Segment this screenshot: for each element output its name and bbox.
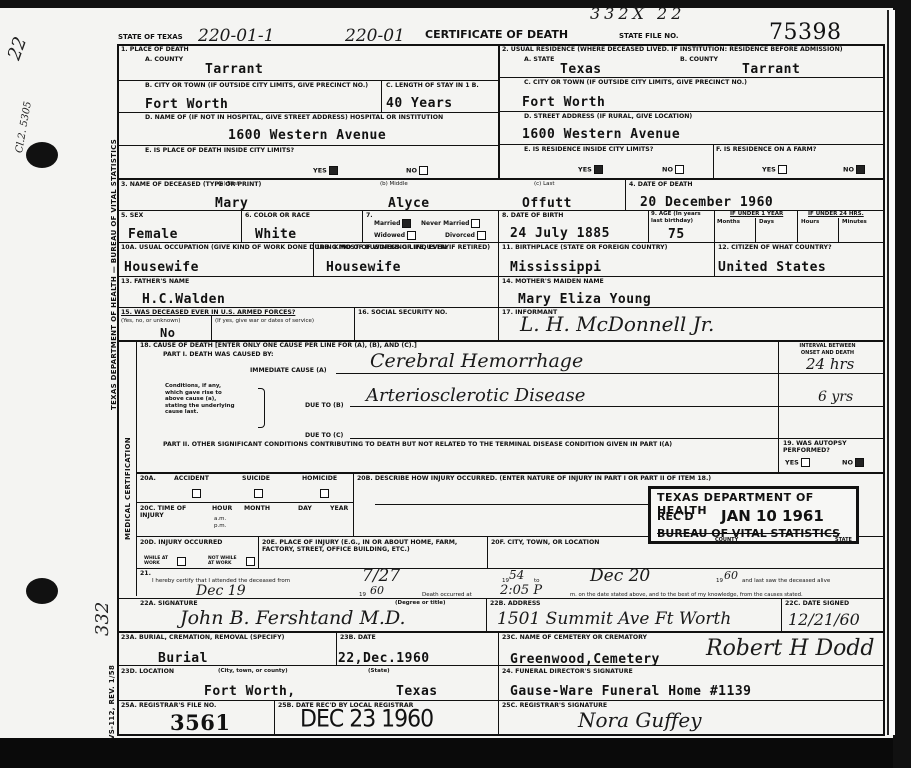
- rule: [136, 502, 353, 503]
- marital-label: 7.: [366, 212, 373, 219]
- autopsy-yes[interactable]: YES: [785, 458, 810, 467]
- no-label: NO: [662, 166, 673, 174]
- business-value: Housewife: [326, 260, 401, 275]
- part1-label: PART I. DEATH WAS CAUSED BY:: [163, 351, 274, 358]
- burial-value: Burial: [158, 651, 208, 666]
- rule: [498, 276, 499, 340]
- first-name-value: Mary: [215, 196, 248, 211]
- handwritten-code-2: 220-01: [345, 26, 405, 46]
- top-handwritten-code: 332X 22: [590, 4, 685, 23]
- checkbox-empty[interactable]: [477, 231, 486, 240]
- last-seen-year: 60: [370, 584, 384, 597]
- residence-state-value: Texas: [560, 62, 602, 77]
- rule: [778, 406, 884, 407]
- age-value: 75: [668, 227, 685, 242]
- divorced-label: Divorced: [445, 232, 475, 239]
- race-label: 6. COLOR OR RACE: [245, 212, 310, 219]
- rule: [499, 111, 884, 112]
- residence-city-value: Fort Worth: [522, 95, 605, 110]
- registrar-date-value: DEC 23 1960: [300, 706, 433, 734]
- residence-label: 2. USUAL RESIDENCE (Where deceased lived…: [502, 46, 843, 53]
- due-to-c-label: DUE TO (c): [305, 432, 343, 439]
- hospital-value: 1600 Western Avenue: [228, 128, 386, 143]
- while-at-work-label: WHILE AT WORK: [144, 556, 174, 566]
- last-name-value: Offutt: [522, 196, 572, 211]
- margin-note-top: 22: [4, 34, 32, 63]
- date-of-birth-value: 24 July 1885: [510, 226, 610, 241]
- never-married-label: Never Married: [421, 220, 469, 227]
- rule: [648, 210, 649, 242]
- residence-state-label: a. STATE: [524, 56, 554, 63]
- residence-inside-city-no[interactable]: NO: [662, 165, 684, 174]
- mother-name-value: Mary Eliza Young: [518, 292, 651, 307]
- hours-label: Hours: [801, 219, 819, 226]
- marital-widowed[interactable]: Widowed: [374, 231, 416, 240]
- rule: [498, 210, 499, 242]
- residence-inside-city-yes[interactable]: YES: [578, 165, 603, 174]
- rule: [350, 406, 778, 407]
- burial-date-label: 23b. DATE: [340, 634, 376, 641]
- death-inside-city-no[interactable]: NO: [406, 166, 428, 175]
- rule: [211, 316, 212, 340]
- cert-text-2: and last saw the deceased alive: [742, 578, 830, 585]
- checkbox-empty[interactable]: [675, 165, 684, 174]
- yes-label: YES: [578, 166, 592, 174]
- degree-label: (Degree or title): [395, 600, 446, 607]
- father-name-label: 13. FATHER'S NAME: [121, 278, 189, 285]
- armed-forces-sub1: (Yes, no, or unknown): [121, 318, 180, 325]
- sex-value: Female: [128, 227, 178, 242]
- received-stamp: TEXAS DEPARTMENT OF HEALTH REC'D JAN 10 …: [648, 486, 859, 544]
- last-name-label: (c) Last: [534, 181, 555, 188]
- cemetery-label: 23c. NAME OF CEMETERY OR CREMATORY: [502, 634, 647, 641]
- deceased-name-label: 3. NAME OF DECEASED (Type or print): [121, 181, 261, 188]
- margin-note-bottom: 332: [92, 602, 113, 636]
- suicide-checkbox[interactable]: [254, 489, 263, 498]
- length-of-stay-label: c. LENGTH OF STAY in 1 b.: [386, 82, 479, 89]
- place-of-death-label: 1. PLACE OF DEATH: [121, 46, 189, 53]
- citizen-label: 12. CITIZEN OF WHAT COUNTRY?: [718, 244, 832, 251]
- checkbox-empty[interactable]: [419, 166, 428, 175]
- rule: [375, 504, 650, 505]
- birthplace-label: 11. BIRTHPLACE (State or foreign country…: [502, 244, 667, 251]
- due-to-b-label: DUE TO (b): [305, 402, 344, 409]
- death-county-value: Tarrant: [205, 62, 263, 77]
- rule: [258, 536, 259, 568]
- death-city-label: b. CITY OR TOWN (If outside city limits,…: [145, 82, 368, 89]
- rule: [778, 340, 779, 474]
- physician-address: 1501 Summit Ave Ft Worth: [497, 609, 731, 629]
- rule: [336, 631, 337, 665]
- sex-label: 5. SEX: [121, 212, 143, 219]
- not-while-at-work-checkbox[interactable]: [246, 557, 255, 566]
- business-label: 10b. KIND OF BUSINESS OR INDUSTRY: [316, 244, 449, 251]
- rule: [118, 631, 884, 633]
- accident-checkbox[interactable]: [192, 489, 201, 498]
- last-seen-date: Dec 19: [196, 583, 246, 599]
- residence-street-value: 1600 Western Avenue: [522, 127, 680, 142]
- rule: [838, 218, 839, 242]
- form-number: VS-112, REV. 1/58: [108, 665, 116, 740]
- homicide-checkbox[interactable]: [320, 489, 329, 498]
- date-signed-value: 12/21/60: [788, 610, 860, 629]
- months-label: Months: [717, 219, 740, 226]
- middle-name-value: Alyce: [388, 196, 430, 211]
- residence-city-label: c. CITY OR TOWN (If outside city limits,…: [524, 79, 747, 86]
- rule: [118, 178, 884, 180]
- checkbox-empty[interactable]: [801, 458, 810, 467]
- rule: [362, 210, 363, 242]
- autopsy-label: 19. WAS AUTOPSY PERFORMED?: [783, 440, 873, 454]
- residence-farm-no[interactable]: NO: [843, 165, 865, 174]
- no-label: NO: [843, 166, 854, 174]
- registrar-file-label: 25a. REGISTRAR'S FILE NO.: [121, 702, 216, 709]
- funeral-director-signature: Robert H Dodd: [706, 636, 875, 661]
- state-file-label: STATE FILE NO.: [619, 33, 679, 40]
- rule: [136, 472, 884, 474]
- rule: [136, 340, 137, 596]
- marital-married[interactable]: Married: [374, 219, 411, 228]
- injury-city-label: 20f. CITY, TOWN, OR LOCATION: [491, 539, 599, 546]
- funeral-director-label: 24. FUNERAL DIRECTOR'S SIGNATURE: [502, 668, 633, 675]
- residence-county-label: b. COUNTY: [680, 56, 718, 63]
- immediate-cause-label: IMMEDIATE CAUSE (a): [250, 367, 327, 374]
- pm-label: p.m.: [214, 523, 226, 530]
- place-of-injury-label: 20e. PLACE OF INJURY (e.g., in or about …: [262, 539, 482, 553]
- length-of-stay-value: 40 Years: [386, 96, 453, 111]
- residence-county-value: Tarrant: [742, 62, 800, 77]
- residence-farm-yes[interactable]: YES: [762, 165, 787, 174]
- middle-name-label: (b) Middle: [380, 181, 408, 188]
- divider-place-residence: [498, 44, 500, 180]
- informant-signature: L. H. McDonnell Jr.: [520, 312, 714, 336]
- attended-to-year: 60: [724, 569, 738, 582]
- widowed-label: Widowed: [374, 232, 405, 239]
- interval-a-value: 24 hrs: [806, 355, 854, 373]
- scan-right-border: [893, 0, 911, 768]
- date-of-death-value: 20 December 1960: [640, 195, 773, 210]
- rule: [499, 144, 884, 145]
- rule: [353, 472, 354, 536]
- death-inside-city-yes[interactable]: YES: [313, 166, 338, 175]
- rule: [118, 276, 884, 277]
- burial-date-value: 22,Dec.1960: [338, 651, 430, 666]
- minutes-label: Minutes: [842, 219, 867, 226]
- death-city-value: Fort Worth: [145, 97, 228, 112]
- time-of-injury-label: 20c. TIME OF INJURY: [140, 505, 190, 519]
- rule: [755, 218, 756, 242]
- rule: [781, 598, 782, 631]
- rule: [625, 178, 626, 210]
- state-file-number: 75398: [769, 20, 842, 45]
- address-label: 22b. ADDRESS: [490, 600, 541, 607]
- registrar-file-value: 3561: [170, 710, 230, 735]
- rule: [118, 598, 884, 599]
- residence-inside-city-label: e. IS RESIDENCE INSIDE CITY LIMITS?: [524, 146, 653, 153]
- document-title: CERTIFICATE OF DEATH: [425, 29, 568, 41]
- married-label: Married: [374, 220, 400, 227]
- no-label: NO: [406, 167, 417, 175]
- under-one-year-label: IF UNDER 1 YEAR: [730, 211, 783, 218]
- month-label: Month: [244, 505, 270, 512]
- conditions-label: Conditions, if any, which gave rise to a…: [165, 383, 240, 416]
- burial-location-label: 23d. LOCATION: [121, 668, 174, 675]
- rule: [350, 438, 884, 439]
- not-while-at-work-label: NOT WHILE AT WORK: [208, 556, 240, 566]
- residence-farm-label: f. IS RESIDENCE ON A FARM?: [716, 146, 816, 153]
- rule: [118, 112, 498, 113]
- rule: [118, 307, 884, 308]
- rule: [118, 242, 884, 243]
- rule: [354, 307, 355, 340]
- rule: [714, 242, 715, 276]
- rule: [118, 665, 884, 666]
- stamp-line-3: BUREAU OF VITAL STATISTICS: [657, 527, 840, 540]
- rule: [118, 700, 884, 701]
- armed-forces-value: No: [160, 326, 175, 340]
- death-time-value: 2:05 P: [500, 583, 542, 598]
- no-label: NO: [842, 459, 853, 467]
- hour-label: Hour: [212, 505, 232, 512]
- yes-label: YES: [313, 167, 327, 175]
- residence-street-label: d. STREET ADDRESS (If rural, give locati…: [524, 113, 692, 120]
- attended-from-year: 54: [509, 568, 524, 582]
- accident-label: ACCIDENT: [174, 475, 209, 482]
- am-label: a.m.: [214, 516, 226, 523]
- stamp-state-label: STATE: [835, 537, 852, 543]
- punch-hole-bottom: [26, 578, 58, 604]
- year2-prefix: 19: [716, 578, 723, 585]
- location-city-sublabel: (City, town, or county): [218, 668, 288, 675]
- armed-forces-sub2: (If yes, give war or dates of service): [215, 318, 314, 325]
- scan-bottom-border: [0, 738, 911, 768]
- punch-hole-top: [26, 142, 58, 168]
- stamp-received-label: REC'D: [657, 510, 694, 523]
- hospital-label: d. NAME OF (If not in hospital, give str…: [145, 114, 443, 121]
- armed-forces-label: 15. WAS DECEASED EVER IN U.S. ARMED FORC…: [121, 309, 295, 316]
- location-state-sublabel: (State): [368, 668, 390, 675]
- day-label: Day: [298, 505, 312, 512]
- state-label: STATE OF TEXAS: [118, 34, 183, 41]
- death-county-label: a. COUNTY: [145, 56, 183, 63]
- funeral-home-value: Gause-Ware Funeral Home #1139: [510, 684, 751, 699]
- rule: [713, 144, 714, 180]
- location-state-value: Texas: [396, 684, 438, 699]
- death-inside-city-label: e. IS PLACE OF DEATH INSIDE CITY LIMITS?: [145, 147, 294, 154]
- physician-signature: John B. Fershtand M.D.: [180, 607, 406, 629]
- burial-label: 23a. BURIAL, CREMATION, REMOVAL (Specify…: [121, 634, 284, 641]
- date-signed-label: 22c. DATE SIGNED: [785, 600, 849, 607]
- checkbox-empty[interactable]: [778, 165, 787, 174]
- rule: [118, 145, 498, 146]
- scan-top-border: [0, 0, 911, 8]
- handwritten-code-1: 220-01-1: [198, 26, 274, 46]
- checkbox-checked[interactable]: [402, 219, 411, 228]
- rule: [486, 598, 487, 631]
- year-label: Year: [330, 505, 348, 512]
- rule: [118, 80, 498, 81]
- attended-to-date: Dec 20: [590, 566, 650, 586]
- suicide-label: SUICIDE: [242, 475, 270, 482]
- location-city-value: Fort Worth,: [204, 684, 296, 699]
- while-at-work-checkbox[interactable]: [177, 557, 186, 566]
- due-to-b-value: Arteriosclerotic Disease: [366, 385, 585, 406]
- birthplace-value: Mississippi: [510, 260, 602, 275]
- first-name-label: (a) First: [218, 181, 239, 188]
- yes-label: YES: [785, 459, 799, 467]
- homicide-label: HOMICIDE: [302, 475, 337, 482]
- rule: [797, 210, 798, 242]
- part2-label: PART II. OTHER SIGNIFICANT CONDITIONS CO…: [163, 441, 672, 448]
- rule: [313, 242, 314, 276]
- checkbox-checked[interactable]: [594, 165, 603, 174]
- cause-of-death-label: 18. CAUSE OF DEATH [Enter only one cause…: [140, 342, 417, 349]
- mother-name-label: 14. MOTHER'S MAIDEN NAME: [502, 278, 604, 285]
- age-label: 9. AGE (In years last birthday): [651, 211, 711, 224]
- occupation-value: Housewife: [124, 260, 199, 275]
- rule: [714, 210, 715, 242]
- checkbox-checked[interactable]: [855, 458, 864, 467]
- marital-never-married[interactable]: Never Married: [421, 219, 480, 228]
- yes-label: YES: [762, 166, 776, 174]
- stamp-received-date: JAN 10 1961: [721, 507, 824, 525]
- ssn-label: 16. SOCIAL SECURITY NO.: [358, 309, 447, 316]
- citizen-value: United States: [718, 260, 826, 275]
- date-of-birth-label: 8. DATE OF BIRTH: [502, 212, 563, 219]
- describe-injury-label: 20b. DESCRIBE HOW INJURY OCCURRED. (Ente…: [357, 475, 711, 482]
- rule: [241, 210, 242, 242]
- marital-divorced[interactable]: Divorced: [445, 231, 486, 240]
- signature-label: 22a. SIGNATURE: [140, 600, 198, 607]
- rule: [487, 536, 488, 568]
- injury-occurred-label: 20d. INJURY OCCURRED: [140, 539, 222, 546]
- checkbox-checked[interactable]: [856, 165, 865, 174]
- days-label: Days: [759, 219, 774, 226]
- rule: [498, 631, 499, 735]
- registrar-signature: Nora Guffey: [578, 708, 702, 732]
- autopsy-no[interactable]: NO: [842, 458, 864, 467]
- conditions-bracket: [258, 388, 265, 428]
- attended-from-date: 7/27: [362, 566, 400, 586]
- rule: [381, 80, 382, 112]
- under-24-hours-label: IF UNDER 24 HRS.: [808, 211, 864, 218]
- rule: [498, 242, 499, 276]
- injury-20a-label: 20a.: [140, 475, 156, 482]
- rule: [274, 700, 275, 735]
- rule: [778, 373, 884, 374]
- checkbox-empty[interactable]: [407, 231, 416, 240]
- rule: [336, 373, 778, 374]
- stamp-county-label: COUNTY: [715, 537, 738, 543]
- date-of-death-label: 4. DATE OF DEATH: [629, 181, 693, 188]
- cert-21-label: 21.: [140, 570, 151, 577]
- checkbox-empty[interactable]: [471, 219, 480, 228]
- checkbox-checked[interactable]: [329, 166, 338, 175]
- race-value: White: [255, 227, 297, 242]
- rule: [499, 77, 884, 78]
- immediate-cause-value: Cerebral Hemorrhage: [370, 350, 583, 372]
- interval-b-value: 6 yrs: [818, 389, 853, 405]
- father-name-value: H.C.Walden: [142, 292, 225, 307]
